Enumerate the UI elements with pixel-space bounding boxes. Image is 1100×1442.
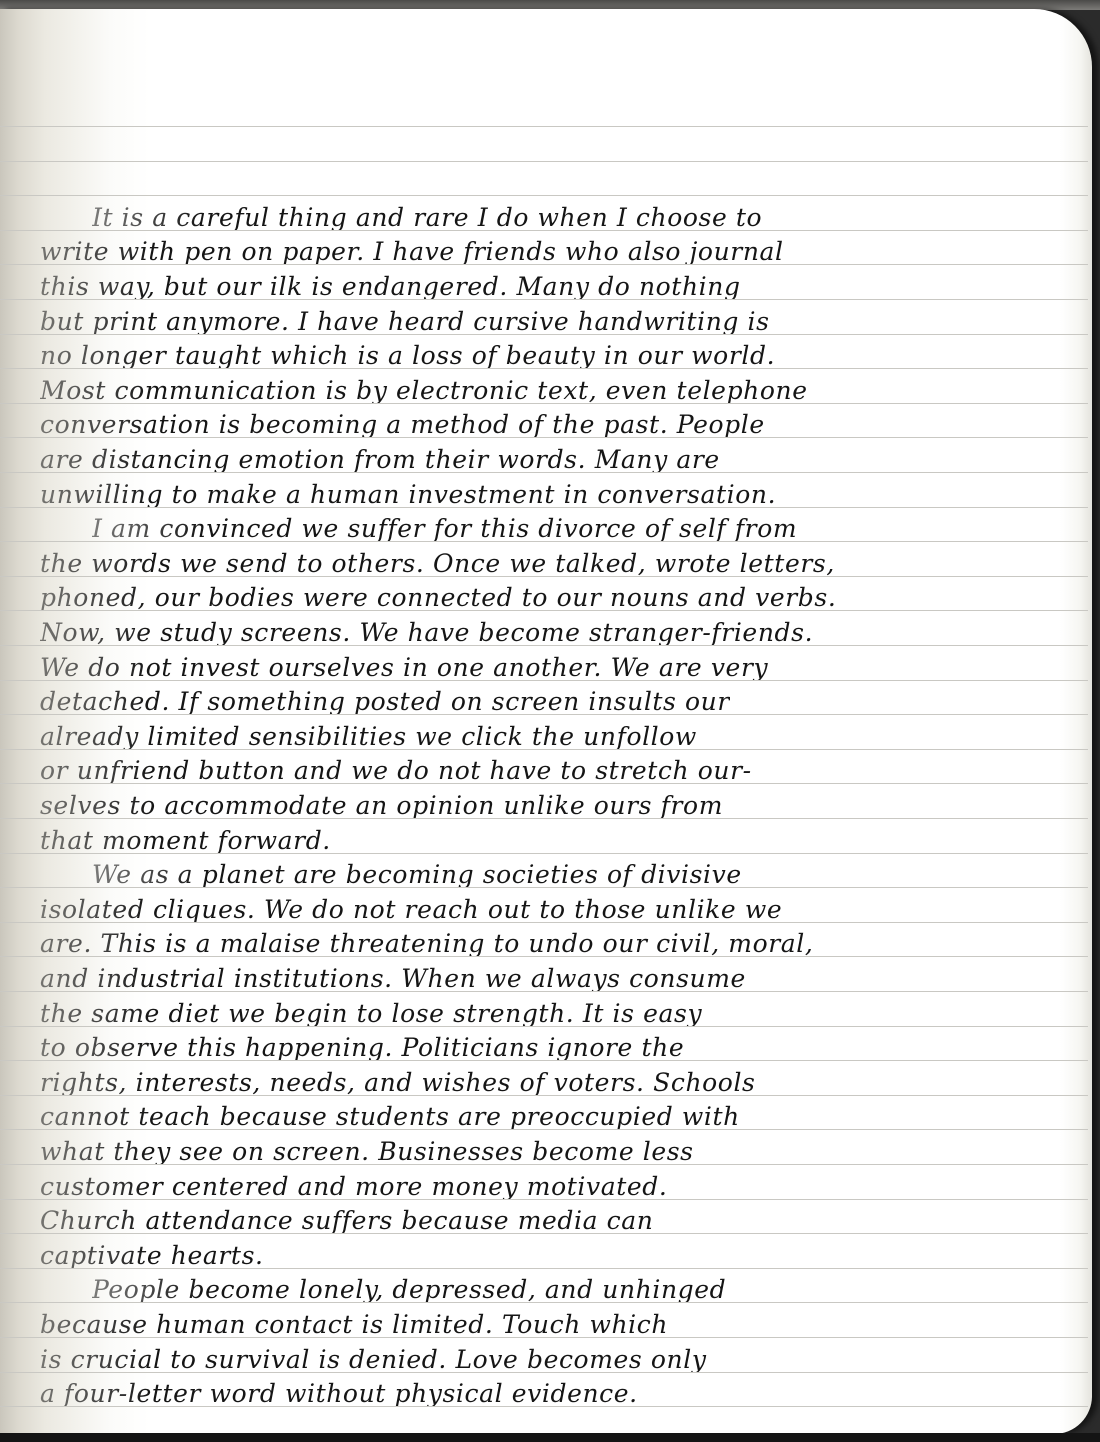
handwritten-line: rights, interests, needs, and wishes of … — [40, 1070, 755, 1095]
notebook-page: It is a careful thing and rare I do when… — [0, 9, 1092, 1434]
ruled-line — [0, 1372, 1088, 1373]
handwritten-line: cannot teach because students are preocc… — [40, 1104, 740, 1129]
handwritten-line: are distancing emotion from their words.… — [40, 447, 720, 472]
ruled-line — [0, 645, 1088, 646]
handwritten-line: I am convinced we suffer for this divorc… — [92, 516, 797, 541]
ruled-line — [0, 472, 1088, 473]
ruled-line — [0, 680, 1088, 681]
handwritten-line: to observe this happening. Politicians i… — [40, 1035, 684, 1060]
handwritten-line: conversation is becoming a method of the… — [40, 412, 765, 437]
handwritten-line: this way, but our ilk is endangered. Man… — [40, 274, 741, 299]
ruled-line — [0, 1233, 1088, 1234]
ruled-line — [0, 991, 1088, 992]
handwritten-line: a four-letter word without physical evid… — [40, 1381, 638, 1406]
ruled-line — [0, 783, 1088, 784]
handwritten-line: already limited sensibilities we click t… — [40, 724, 697, 749]
handwritten-line: unwilling to make a human investment in … — [40, 482, 776, 507]
handwritten-line: write with pen on paper. I have friends … — [40, 239, 784, 264]
handwritten-line: that moment forward. — [40, 828, 331, 853]
handwritten-line: People become lonely, depressed, and unh… — [92, 1277, 726, 1302]
handwritten-line: and industrial institutions. When we alw… — [40, 966, 746, 991]
handwritten-line: It is a careful thing and rare I do when… — [92, 205, 762, 230]
handwritten-line: Most communication is by electronic text… — [40, 378, 808, 403]
handwritten-line: or unfriend button and we do not have to… — [40, 758, 752, 783]
ruled-line — [0, 610, 1088, 611]
ruled-line — [0, 1199, 1088, 1200]
ruled-line — [0, 195, 1088, 196]
handwritten-line: the words we send to others. Once we tal… — [40, 551, 835, 576]
handwritten-line: Church attendance suffers because media … — [40, 1208, 653, 1233]
handwritten-line: phoned, our bodies were connected to our… — [40, 585, 836, 610]
handwritten-line: captivate hearts. — [40, 1243, 264, 1268]
ruled-line — [0, 161, 1088, 162]
handwritten-line: customer centered and more money motivat… — [40, 1174, 667, 1199]
ruled-line — [0, 368, 1088, 369]
ruled-line — [0, 126, 1088, 127]
ruled-line — [0, 887, 1088, 888]
ruled-line — [0, 507, 1088, 508]
ruled-line — [0, 749, 1088, 750]
ruled-line — [0, 956, 1088, 957]
ruled-line — [0, 1302, 1088, 1303]
ruled-line — [0, 1337, 1088, 1338]
ruled-line — [0, 1060, 1088, 1061]
scan-bottom-edge — [0, 1433, 1100, 1442]
handwritten-line: Now, we study screens. We have become st… — [40, 620, 813, 645]
ruled-line — [0, 1268, 1088, 1269]
handwritten-line: no longer taught which is a loss of beau… — [40, 343, 775, 368]
ruled-line — [0, 334, 1088, 335]
ruled-line — [0, 714, 1088, 715]
ruled-line — [0, 1164, 1088, 1165]
ruled-line — [0, 922, 1088, 923]
ruled-line — [0, 403, 1088, 404]
ruled-line — [0, 1129, 1088, 1130]
ruled-line — [0, 818, 1088, 819]
ruled-line — [0, 576, 1088, 577]
handwritten-line: detached. If something posted on screen … — [40, 689, 730, 714]
handwritten-line: the same diet we begin to lose strength.… — [40, 1001, 702, 1026]
ruled-line — [0, 541, 1088, 542]
ruled-line — [0, 299, 1088, 300]
handwritten-line: are. This is a malaise threatening to un… — [40, 931, 813, 956]
ruled-line — [0, 230, 1088, 231]
handwritten-line: what they see on screen. Businesses beco… — [40, 1139, 694, 1164]
handwritten-line: We do not invest ourselves in one anothe… — [40, 655, 768, 680]
handwritten-line: isolated cliques. We do not reach out to… — [40, 897, 782, 922]
handwritten-line: is crucial to survival is denied. Love b… — [40, 1347, 707, 1372]
handwritten-line: but print anymore. I have heard cursive … — [40, 309, 770, 334]
handwritten-line: because human contact is limited. Touch … — [40, 1312, 668, 1337]
ruled-line — [0, 853, 1088, 854]
handwritten-line: We as a planet are becoming societies of… — [92, 862, 742, 887]
ruled-line — [0, 1026, 1088, 1027]
ruled-line — [0, 1406, 1088, 1407]
handwritten-line: selves to accommodate an opinion unlike … — [40, 793, 723, 818]
ruled-line — [0, 1095, 1088, 1096]
ruled-line — [0, 264, 1088, 265]
ruled-line — [0, 437, 1088, 438]
